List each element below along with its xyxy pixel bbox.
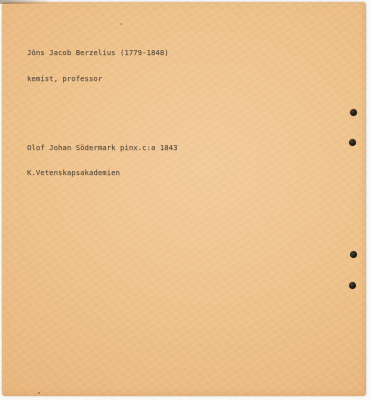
- paper-speck: [38, 392, 40, 394]
- subject-name-line: Jöns Jacob Berzelius (1779-1848): [27, 49, 178, 58]
- punch-hole-dot: [349, 282, 356, 289]
- punch-hole-dot: [349, 139, 356, 146]
- subject-occupation-line: kemist, professor: [27, 75, 178, 84]
- subject-paragraph: Jöns Jacob Berzelius (1779-1848) kemist,…: [27, 32, 178, 101]
- scan-corner-crease: [0, 0, 60, 4]
- provenance-paragraph: Olof Johan Södermark pinx.c:a 1843 K.Vet…: [27, 127, 178, 196]
- scanned-archive-page: Jöns Jacob Berzelius (1779-1848) kemist,…: [0, 0, 371, 400]
- punch-hole-dot: [350, 251, 357, 258]
- archive-card: Jöns Jacob Berzelius (1779-1848) kemist,…: [2, 2, 366, 396]
- punch-hole-dot: [350, 109, 357, 116]
- artist-line: Olof Johan Södermark pinx.c:a 1843: [27, 144, 178, 153]
- institution-line: K.Vetenskapsakademien: [27, 169, 178, 178]
- typewritten-text-block: Jöns Jacob Berzelius (1779-1848) kemist,…: [27, 15, 178, 212]
- paper-speck: [120, 23, 122, 25]
